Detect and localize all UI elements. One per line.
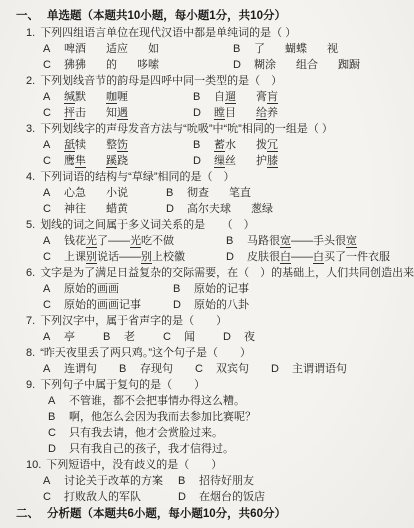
- option-label: A: [43, 281, 54, 297]
- option-label: A: [43, 137, 54, 153]
- option-B: B啊，他怎么会因为我而去参加比赛呢？: [48, 409, 410, 425]
- question-stem-row: 8.“昨天夜里丢了两只鸡。”这个句子是（ ）: [16, 345, 410, 361]
- question-stem: “昨天夜里丢了两只鸡。”这个句子是（ ）: [40, 345, 251, 361]
- text-run: 只有我自己的孩子，我才信得过。: [69, 443, 234, 455]
- option-word: 皮肤很白——白买了一件衣服: [247, 251, 390, 264]
- question-stem: 下列句子中属于复句的是（ ）: [40, 377, 205, 393]
- question-stem: 下列划线音节的韵母是四呼中同一类型的是（ ）: [40, 73, 282, 89]
- option-B: B原始的记事: [173, 281, 410, 297]
- text-run: 知: [106, 107, 117, 119]
- text-run: 蜡黄: [106, 203, 128, 215]
- option-word: 自遛: [214, 91, 236, 103]
- option-word: 亭: [64, 331, 75, 343]
- option-C: C闻: [163, 329, 195, 345]
- question-3: 3.下列划线字的声母发音方法与“吮吸”中“吮”相同的一组是（ ）A舐犊整饬B蓄水…: [16, 121, 410, 169]
- question-2: 2.下列划线音节的韵母是四呼中同一类型的是（ ）A缄默咖喱B自遛膏肓C抨击知遇D…: [16, 73, 410, 121]
- text-run: 吃不做: [141, 235, 174, 247]
- text-run: 心急: [64, 187, 86, 199]
- underlined-text: 蓄: [214, 139, 225, 152]
- option-word: 讨论关于改革的方案: [64, 475, 163, 487]
- option-label: B: [48, 409, 59, 425]
- question-7: 7.下列汉字中，属于省声字的是（ ）A亭B老C闻D夜: [16, 313, 410, 345]
- underlined-text: 白: [280, 251, 291, 264]
- question-9: 9.下列句子中属于复句的是（ ）A不管谁，都不会把事情办得这么糟。B啊，他怎么会…: [16, 377, 410, 457]
- option-D: D原始的八卦: [173, 297, 410, 313]
- underlined-text: 肓: [267, 91, 278, 104]
- option-label: A: [43, 473, 54, 489]
- underlined-text: 舐: [64, 139, 75, 152]
- option-word: 的: [106, 59, 117, 71]
- option-label: C: [43, 57, 54, 73]
- text-run: 说话——: [97, 251, 141, 263]
- section-1-title: 单选题（本题共10小题，每小题1分，共10分）: [47, 7, 286, 25]
- text-run: 狒狒: [64, 59, 86, 71]
- question-stem-row: 6.文字是为了满足日益复杂的交际需要，在（ ）的基础上，人们共同创造出来的。: [16, 265, 410, 281]
- text-run: 丝: [225, 155, 236, 167]
- option-word: 原始的记事: [194, 283, 249, 295]
- text-run: 夜: [244, 331, 255, 343]
- underlined-text: 饬: [117, 139, 128, 152]
- option-word: 哆嗦: [137, 59, 159, 71]
- question-number: 7.: [26, 313, 35, 329]
- text-run: 养: [267, 107, 278, 119]
- options: A连谓句B存现句C双宾句D主谓谓语句: [43, 361, 410, 377]
- underlined-text: 咖: [106, 91, 117, 104]
- text-run: 招待好朋友: [199, 475, 254, 487]
- option-A: A讨论关于改革的方案: [43, 473, 178, 489]
- option-D: D主谓谓语句: [271, 361, 347, 377]
- option-label: C: [43, 153, 54, 169]
- text-run: 神往: [64, 203, 86, 215]
- option-label: C: [43, 297, 54, 313]
- underlined-text: 遇: [117, 107, 128, 120]
- option-C: C上课别说话——别上校徽: [43, 249, 226, 265]
- question-10: 10.下列短语中，没有歧义的是（ ）A讨论关于改革的方案B招待好朋友C打败敌人的…: [16, 457, 410, 505]
- section-header-2: 二、 分析题（本题共6小题，每小题10分，共60分）: [16, 505, 410, 523]
- question-4: 4.下列词语的结构与“草绿”相同的是（ ）A心急小说B彻查笔直C神往蜡黄D高尔夫…: [16, 169, 410, 217]
- option-B: B自遛膏肓: [193, 89, 410, 105]
- text-run: 原始的八卦: [194, 299, 249, 311]
- text-run: 啤酒: [64, 43, 86, 55]
- text-run: 默: [75, 91, 86, 103]
- text-run: 连谓句: [64, 363, 97, 375]
- underlined-text: 光: [130, 235, 141, 248]
- underlined-text: 给: [256, 107, 267, 120]
- text-run: 在烟台的饭店: [199, 491, 265, 503]
- option-label: B: [178, 473, 189, 489]
- text-run: 踟蹰: [338, 59, 360, 71]
- section-1-marker: 一、: [16, 7, 39, 25]
- option-B: B彻查笔直: [166, 185, 410, 201]
- option-word: 舐犊: [64, 139, 86, 151]
- option-label: C: [43, 105, 54, 121]
- question-number: 10.: [26, 457, 41, 473]
- question-stem-row: 5.划线的词之间属于多义词关系的是 （ ）: [16, 217, 410, 233]
- text-run: 只有我去请，他才会赏脸过来。: [69, 427, 223, 439]
- option-word: 不管谁，都不会把事情办得这么糟。: [69, 393, 245, 409]
- question-stem-row: 4.下列词语的结构与“草绿”相同的是（ ）: [16, 169, 410, 185]
- option-word: 踟蹰: [338, 59, 360, 71]
- option-word: 抨击: [64, 107, 86, 119]
- option-D: D糊涂组合踟蹰: [233, 57, 410, 73]
- option-A: A舐犊整饬: [43, 137, 193, 153]
- option-B: B蓄水拨冗: [193, 137, 410, 153]
- question-5: 5.划线的词之间属于多义词关系的是 （ ）A钱花光了——光吃不做B马路很宽——手…: [16, 217, 410, 265]
- text-run: 原始的记事: [194, 283, 249, 295]
- option-B: B老: [103, 329, 135, 345]
- underlined-text: 蹊: [106, 155, 117, 168]
- option-C: C鹰隼蹊跷: [43, 153, 193, 169]
- option-word: 缫丝: [214, 155, 236, 167]
- underlined-text: 遛: [225, 91, 236, 104]
- question-number: 4.: [26, 169, 35, 185]
- text-run: 自: [214, 91, 225, 103]
- question-stem-row: 10.下列短语中，没有歧义的是（ ）: [16, 457, 410, 473]
- option-word: 啊，他怎么会因为我而去参加比赛呢？: [69, 409, 256, 425]
- option-C: C只有我去请，他才会赏脸过来。: [48, 425, 410, 441]
- section-2-title: 分析题（本题共6小题，每小题10分，共60分）: [47, 505, 286, 523]
- option-C: C双宾句: [195, 361, 249, 377]
- option-label: D: [178, 489, 189, 505]
- option-label: B: [119, 361, 130, 377]
- question-stem-row: 2.下列划线音节的韵母是四呼中同一类型的是（ ）: [16, 73, 410, 89]
- option-C: C狒狒的哆嗦: [43, 57, 233, 73]
- section-2-marker: 二、: [16, 505, 39, 523]
- text-run: 糊涂: [254, 59, 276, 71]
- option-word: 双宾句: [216, 363, 249, 375]
- option-label: A: [48, 393, 59, 409]
- option-label: C: [48, 425, 59, 441]
- underlined-text: 宽: [346, 235, 357, 248]
- text-run: 了——: [97, 235, 130, 247]
- option-B: B马路很宽——手头很宽: [226, 233, 410, 249]
- option-word: 蜡黄: [106, 203, 128, 215]
- text-run: 拨: [256, 139, 267, 151]
- question-list: 1.下列四组语言单位在现代汉语中都是单纯词的是（ ）A啤酒适应如B了蝴蝶视C狒狒…: [16, 25, 410, 505]
- question-number: 6.: [26, 265, 35, 281]
- question-stem: 下列短语中，没有歧义的是（ ）: [46, 457, 222, 473]
- text-run: 原始的画画记事: [64, 299, 141, 311]
- text-run: 皮肤很: [247, 251, 280, 263]
- option-B: B了蝴蝶视: [233, 41, 410, 57]
- question-8: 8.“昨天夜里丢了两只鸡。”这个句子是（ ）A连谓句B存现句C双宾句D主谓谓语句: [16, 345, 410, 377]
- option-word: 笔直: [229, 187, 251, 199]
- underlined-text: 隼: [75, 155, 86, 168]
- underlined-text: 抨: [64, 107, 75, 120]
- options: A不管谁，都不会把事情办得这么糟。B啊，他怎么会因为我而去参加比赛呢？C只有我去…: [43, 393, 410, 457]
- option-C: C神往蜡黄: [43, 201, 166, 217]
- underlined-text: 宽: [280, 235, 291, 248]
- option-A: A原始的画画: [43, 281, 173, 297]
- option-A: A缄默咖喱: [43, 89, 193, 105]
- option-word: 了: [254, 43, 265, 55]
- option-word: 存现句: [140, 363, 173, 375]
- underlined-text: 缄: [64, 91, 75, 104]
- text-run: 主谓谓语句: [292, 363, 347, 375]
- option-word: 高尔夫球: [187, 203, 231, 215]
- text-run: 双宾句: [216, 363, 249, 375]
- option-label: B: [193, 137, 204, 153]
- option-label: D: [193, 153, 204, 169]
- option-word: 主谓谓语句: [292, 363, 347, 375]
- question-number: 1.: [26, 25, 35, 41]
- options: A原始的画画B原始的记事C原始的画画记事D原始的八卦: [43, 281, 410, 313]
- underlined-text: 冗: [267, 139, 278, 152]
- text-run: 组合: [296, 59, 318, 71]
- option-word: 钱花光了——光吃不做: [64, 235, 174, 248]
- option-word: 咖喱: [106, 91, 128, 104]
- option-label: D: [271, 361, 282, 377]
- text-run: 亭: [64, 331, 75, 343]
- options: A讨论关于改革的方案B招待好朋友C打败敌人的军队D在烟台的饭店: [43, 473, 410, 505]
- option-label: A: [43, 329, 54, 345]
- option-word: 蹊跷: [106, 155, 128, 168]
- option-C: C原始的画画记事: [43, 297, 173, 313]
- option-word: 连谓句: [64, 363, 97, 375]
- option-word: 闻: [184, 331, 195, 343]
- option-word: 蓄水: [214, 139, 236, 151]
- option-label: B: [193, 89, 204, 105]
- text-run: 蝴蝶: [285, 43, 307, 55]
- option-label: C: [43, 201, 54, 217]
- option-word: 在烟台的饭店: [199, 491, 265, 503]
- option-word: 缄默: [64, 91, 86, 103]
- option-word: 知遇: [106, 107, 128, 120]
- text-run: 啊，他怎么会因为我而去参加比赛呢？: [69, 411, 256, 423]
- text-run: 钱花: [64, 235, 86, 247]
- option-D: D高尔夫球葱绿: [166, 201, 410, 217]
- option-A: A啤酒适应如: [43, 41, 233, 57]
- option-label: A: [43, 361, 54, 377]
- option-label: C: [195, 361, 206, 377]
- option-word: 视: [327, 43, 338, 55]
- text-run: 打败敌人的军队: [64, 491, 141, 503]
- question-1: 1.下列四组语言单位在现代汉语中都是单纯词的是（ ）A啤酒适应如B了蝴蝶视C狒狒…: [16, 25, 410, 73]
- underlined-text: 缫: [214, 155, 225, 168]
- exam-page: 一、 单选题（本题共10小题，每小题1分，共10分） 1.下列四组语言单位在现代…: [0, 0, 414, 528]
- text-run: 膏: [256, 91, 267, 103]
- text-run: 葱绿: [251, 203, 273, 215]
- options: A心急小说B彻查笔直C神往蜡黄D高尔夫球葱绿: [43, 185, 410, 217]
- question-number: 8.: [26, 345, 35, 361]
- text-run: ——手头很: [291, 235, 346, 247]
- options: A缄默咖喱B自遛膏肓C抨击知遇D瞠目给养: [43, 89, 410, 121]
- option-word: 原始的画画记事: [64, 299, 141, 311]
- option-B: B招待好朋友: [178, 473, 410, 489]
- text-run: 笔直: [229, 187, 251, 199]
- option-A: A亭: [43, 329, 75, 345]
- option-word: 适应: [106, 43, 128, 55]
- option-A: A心急小说: [43, 185, 166, 201]
- option-word: 护膝: [256, 155, 278, 168]
- option-D: D夜: [223, 329, 255, 345]
- option-word: 只有我自己的孩子，我才信得过。: [69, 441, 234, 457]
- option-D: D缫丝护膝: [193, 153, 410, 169]
- option-word: 糊涂: [254, 59, 276, 71]
- question-stem-row: 3.下列划线字的声母发音方法与“吮吸”中“吮”相同的一组是（ ）: [16, 121, 410, 137]
- option-label: D: [193, 105, 204, 121]
- option-D: D瞠目给养: [193, 105, 410, 121]
- option-D: D只有我自己的孩子，我才信得过。: [48, 441, 410, 457]
- question-stem-row: 9.下列句子中属于复句的是（ ）: [16, 377, 410, 393]
- option-A: A连谓句: [43, 361, 97, 377]
- option-label: B: [166, 185, 177, 201]
- option-word: 拨冗: [256, 139, 278, 152]
- text-run: 马路很: [247, 235, 280, 247]
- text-run: 闻: [184, 331, 195, 343]
- option-word: 葱绿: [251, 203, 273, 215]
- text-run: 适应: [106, 43, 128, 55]
- text-run: 老: [124, 331, 135, 343]
- option-word: 原始的八卦: [194, 299, 249, 311]
- question-6: 6.文字是为了满足日益复杂的交际需要，在（ ）的基础上，人们共同创造出来的。A原…: [16, 265, 410, 313]
- text-run: 喱: [117, 91, 128, 103]
- underlined-text: 白: [313, 251, 324, 264]
- option-word: 彻查: [187, 187, 209, 199]
- option-word: 打败敌人的军队: [64, 491, 141, 503]
- question-stem: 下列划线字的声母发音方法与“吮吸”中“吮”相同的一组是（ ）: [40, 121, 333, 137]
- option-A: A钱花光了——光吃不做: [43, 233, 226, 249]
- option-word: 小说: [106, 187, 128, 199]
- option-label: B: [233, 41, 244, 57]
- question-stem: 划线的词之间属于多义词关系的是 （ ）: [40, 217, 255, 233]
- question-number: 9.: [26, 377, 35, 393]
- option-label: B: [103, 329, 114, 345]
- option-label: A: [43, 41, 54, 57]
- underlined-text: 别: [86, 251, 97, 264]
- text-run: 整: [106, 139, 117, 151]
- option-B: B存现句: [119, 361, 173, 377]
- option-word: 上课别说话——别上校徽: [64, 251, 185, 264]
- option-label: B: [226, 233, 237, 249]
- text-run: 鹰: [64, 155, 75, 167]
- option-word: 蝴蝶: [285, 43, 307, 55]
- text-run: 高尔夫球: [187, 203, 231, 215]
- text-run: 水: [225, 139, 236, 151]
- text-run: 了: [254, 43, 265, 55]
- question-stem: 下列四组语言单位在现代汉语中都是单纯词的是（ ）: [40, 25, 296, 41]
- text-run: 目: [225, 107, 236, 119]
- option-label: C: [163, 329, 174, 345]
- text-run: 击: [75, 107, 86, 119]
- text-run: 护: [256, 155, 267, 167]
- text-run: 视: [327, 43, 338, 55]
- section-header-1: 一、 单选题（本题共10小题，每小题1分，共10分）: [16, 7, 410, 25]
- option-label: D: [226, 249, 237, 265]
- option-label: C: [43, 249, 54, 265]
- text-run: 的: [106, 59, 117, 71]
- options: A亭B老C闻D夜: [43, 329, 410, 345]
- option-label: D: [233, 57, 244, 73]
- option-word: 招待好朋友: [199, 475, 254, 487]
- option-A: A不管谁，都不会把事情办得这么糟。: [48, 393, 410, 409]
- underlined-text: 膝: [267, 155, 278, 168]
- option-label: D: [48, 441, 59, 457]
- question-stem-row: 1.下列四组语言单位在现代汉语中都是单纯词的是（ ）: [16, 25, 410, 41]
- option-word: 狒狒: [64, 59, 86, 71]
- text-run: 哆嗦: [137, 59, 159, 71]
- option-word: 组合: [296, 59, 318, 71]
- option-word: 整饬: [106, 139, 128, 152]
- text-run: 如: [148, 43, 159, 55]
- option-label: A: [43, 233, 54, 249]
- option-label: C: [43, 489, 54, 505]
- text-run: ——: [291, 251, 313, 263]
- option-label: A: [43, 89, 54, 105]
- underlined-text: 瞠: [214, 107, 225, 120]
- text-run: 小说: [106, 187, 128, 199]
- text-run: 彻查: [187, 187, 209, 199]
- question-stem-row: 7.下列汉字中，属于省声字的是（ ）: [16, 313, 410, 329]
- text-run: 存现句: [140, 363, 173, 375]
- option-C: C抨击知遇: [43, 105, 193, 121]
- question-stem: 文字是为了满足日益复杂的交际需要，在（ ）的基础上，人们共同创造出来的。: [40, 265, 414, 281]
- option-D: D皮肤很白——白买了一件衣服: [226, 249, 410, 265]
- text-run: 买了一件衣服: [324, 251, 390, 263]
- text-run: 原始的画画: [64, 283, 119, 295]
- question-number: 5.: [26, 217, 35, 233]
- text-run: 跷: [117, 155, 128, 167]
- option-word: 瞠目: [214, 107, 236, 119]
- option-word: 鹰隼: [64, 155, 86, 167]
- text-run: 上课: [64, 251, 86, 263]
- underlined-text: 别: [141, 251, 152, 264]
- text-run: 犊: [75, 139, 86, 151]
- question-number: 3.: [26, 121, 35, 137]
- option-word: 神往: [64, 203, 86, 215]
- underlined-text: 光: [86, 235, 97, 248]
- option-word: 只有我去请，他才会赏脸过来。: [69, 425, 223, 441]
- text-run: 讨论关于改革的方案: [64, 475, 163, 487]
- option-word: 啤酒: [64, 43, 86, 55]
- option-word: 给养: [256, 107, 278, 120]
- option-word: 如: [148, 43, 159, 55]
- option-word: 膏肓: [256, 91, 278, 104]
- option-label: D: [166, 201, 177, 217]
- options: A钱花光了——光吃不做B马路很宽——手头很宽C上课别说话——别上校徽D皮肤很白—…: [43, 233, 410, 265]
- option-label: D: [223, 329, 234, 345]
- option-D: D在烟台的饭店: [178, 489, 410, 505]
- option-label: D: [173, 297, 184, 313]
- option-word: 心急: [64, 187, 86, 199]
- option-label: B: [173, 281, 184, 297]
- option-word: 马路很宽——手头很宽: [247, 235, 357, 248]
- option-label: A: [43, 185, 54, 201]
- option-word: 老: [124, 331, 135, 343]
- options: A啤酒适应如B了蝴蝶视C狒狒的哆嗦D糊涂组合踟蹰: [43, 41, 410, 73]
- question-number: 2.: [26, 73, 35, 89]
- option-word: 原始的画画: [64, 283, 119, 295]
- question-stem: 下列词语的结构与“草绿”相同的是（ ）: [40, 169, 234, 185]
- text-run: 不管谁，都不会把事情办得这么糟。: [69, 395, 245, 407]
- option-word: 夜: [244, 331, 255, 343]
- text-run: 上校徽: [152, 251, 185, 263]
- option-C: C打败敌人的军队: [43, 489, 178, 505]
- question-stem: 下列汉字中，属于省声字的是（ ）: [40, 313, 227, 329]
- options: A舐犊整饬B蓄水拨冗C鹰隼蹊跷D缫丝护膝: [43, 137, 410, 169]
